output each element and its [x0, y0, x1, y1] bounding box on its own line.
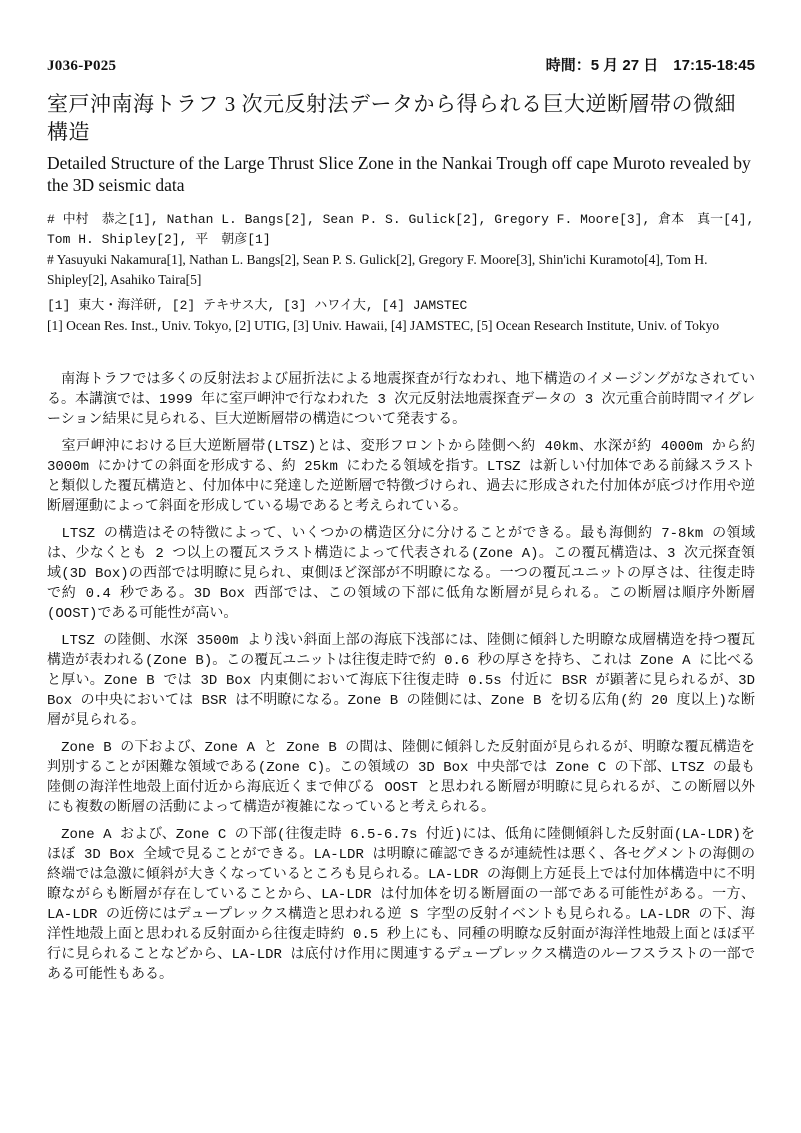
abstract-paragraph-5: Zone B の下および、Zone A と Zone B の間は、陸側に傾斜した… [47, 738, 755, 818]
abstract-page: J036-P025 時間：5 月 27 日 17:15-18:45 室戸沖南海ト… [0, 0, 801, 1133]
session-time: 時間：5 月 27 日 17:15-18:45 [546, 56, 755, 76]
paper-id: J036-P025 [47, 56, 116, 76]
authors-block: # 中村 恭之[1], Nathan L. Bangs[2], Sean P. … [47, 210, 755, 290]
abstract-paragraph-6: Zone A および、Zone C の下部(往復走時 6.5-6.7s 付近)に… [47, 825, 755, 985]
authors-japanese: # 中村 恭之[1], Nathan L. Bangs[2], Sean P. … [47, 210, 755, 250]
affiliations-english: [1] Ocean Res. Inst., Univ. Tokyo, [2] U… [47, 316, 755, 336]
authors-english: # Yasuyuki Nakamura[1], Nathan L. Bangs[… [47, 250, 755, 290]
title-japanese: 室戸沖南海トラフ 3 次元反射法データから得られる巨大逆断層帯の微細構造 [47, 90, 755, 146]
page-header: J036-P025 時間：5 月 27 日 17:15-18:45 [47, 56, 755, 76]
affiliations-japanese: [1] 東大・海洋研, [2] テキサス大, [3] ハワイ大, [4] JAM… [47, 296, 755, 316]
abstract-paragraph-3: LTSZ の構造はその特徴によって、いくつかの構造区分に分けることができる。最も… [47, 524, 755, 624]
abstract-paragraph-2: 室戸岬沖における巨大逆断層帯(LTSZ)とは、変形フロントから陸側へ約 40km… [47, 437, 755, 517]
abstract-paragraph-1: 南海トラフでは多くの反射法および屈折法による地震探査が行なわれ、地下構造のイメー… [47, 370, 755, 430]
abstract-body: 南海トラフでは多くの反射法および屈折法による地震探査が行なわれ、地下構造のイメー… [47, 370, 755, 985]
affiliations-block: [1] 東大・海洋研, [2] テキサス大, [3] ハワイ大, [4] JAM… [47, 296, 755, 336]
abstract-paragraph-4: LTSZ の陸側、水深 3500m より浅い斜面上部の海底下浅部には、陸側に傾斜… [47, 631, 755, 731]
title-english: Detailed Structure of the Large Thrust S… [47, 152, 755, 196]
